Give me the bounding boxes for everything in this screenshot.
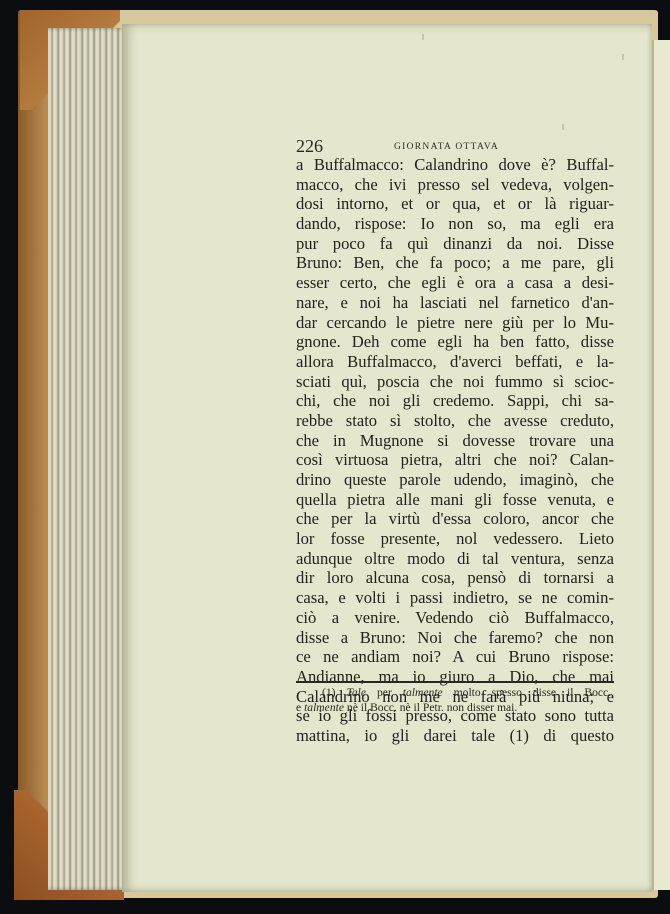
footnote-marker: (1): [322, 686, 336, 699]
text-line: Andianne, ma io giuro a Dio, che mai: [296, 667, 614, 687]
text-line: Bruno: Ben, che fa poco; a me pare, gli: [296, 253, 614, 273]
body-text: a Buffalmacco: Calandrino dove è? Buffal…: [296, 155, 614, 746]
text-line: ce ne andiam noi? A cui Bruno rispose:: [296, 647, 614, 667]
text-line: esser certo, che egli è ora a casa a des…: [296, 273, 614, 293]
footnotes: (1) Tale per talmente molto spesso disse…: [296, 686, 614, 715]
running-title: GIORNATA OTTAVA: [394, 142, 499, 152]
footnote-text: nè il Bocc. nè il Petr. non disser mai.: [347, 701, 517, 714]
text-line: dir loro alcuna cosa, pensò di tornarsi …: [296, 568, 614, 588]
paper-speck: [622, 54, 624, 60]
facing-page-edge: [652, 40, 670, 890]
text-line: casa, e volti i passi indietro, se ne co…: [296, 588, 614, 608]
running-header: 226 GIORNATA OTTAVA: [296, 138, 612, 154]
footnote-line: (1) Tale per talmente molto spesso disse…: [296, 686, 614, 701]
text-line: gnone. Deh come egli ha ben fatto, disse: [296, 332, 614, 352]
footnote-rule: [296, 681, 614, 683]
text-line: mattina, io gli darei tale (1) di questo: [296, 726, 614, 746]
footnote-text: molto spesso disse il Bocc.,: [454, 686, 614, 699]
footnote-text: e: [296, 701, 301, 714]
text-line: disse a Bruno: Noi che faremo? che non: [296, 628, 614, 648]
footnote-italic: talmente: [403, 686, 443, 699]
footnote-text: per: [377, 686, 392, 699]
text-line: nare, e noi ha lasciati nel farnetico d'…: [296, 293, 614, 313]
text-line: quella pietra alle mani gli fosse venuta…: [296, 490, 614, 510]
text-line: pur poco fa quì dinanzi da noi. Disse: [296, 234, 614, 254]
text-line: ciò a venire. Vedendo ciò Buffalmacco,: [296, 608, 614, 628]
text-line: che per la virtù d'essa coloro, ancor ch…: [296, 509, 614, 529]
text-line: rebbe stato sì stolto, che avesse credut…: [296, 411, 614, 431]
text-line: allora Buffalmacco, d'averci beffati, e …: [296, 352, 614, 372]
text-line: sciati quì, poscia che noi fummo sì scio…: [296, 372, 614, 392]
page-number: 226: [296, 136, 323, 157]
text-line: dosi intorno, et or qua, et or là riguar…: [296, 194, 614, 214]
text-line: drino queste parole udendo, imaginò, che: [296, 470, 614, 490]
page-stack-edge: [48, 28, 128, 890]
text-line: chi, che noi gli credemo. Sappi, chi sa-: [296, 391, 614, 411]
footnote-line: e talmente nè il Bocc. nè il Petr. non d…: [296, 701, 614, 716]
text-line: macco, che ivi presso sel vedeva, volgen…: [296, 175, 614, 195]
footnote-italic: talmente: [304, 701, 344, 714]
paper-speck: [562, 124, 564, 130]
text-line: a Buffalmacco: Calandrino dove è? Buffal…: [296, 155, 614, 175]
text-line: dando, rispose: Io non so, ma egli era: [296, 214, 614, 234]
text-line: che in Mugnone si dovesse trovare una: [296, 431, 614, 451]
paper-speck: [422, 34, 424, 40]
text-line: dar cercando le pietre nere giù per lo M…: [296, 313, 614, 333]
text-line: lor fosse presente, nol vedessero. Lieto: [296, 529, 614, 549]
footnote-italic: Tale: [346, 686, 366, 699]
text-line: così virtuosa pietra, altri che noi? Cal…: [296, 450, 614, 470]
text-line: adunque oltre modo di tal ventura, senza: [296, 549, 614, 569]
